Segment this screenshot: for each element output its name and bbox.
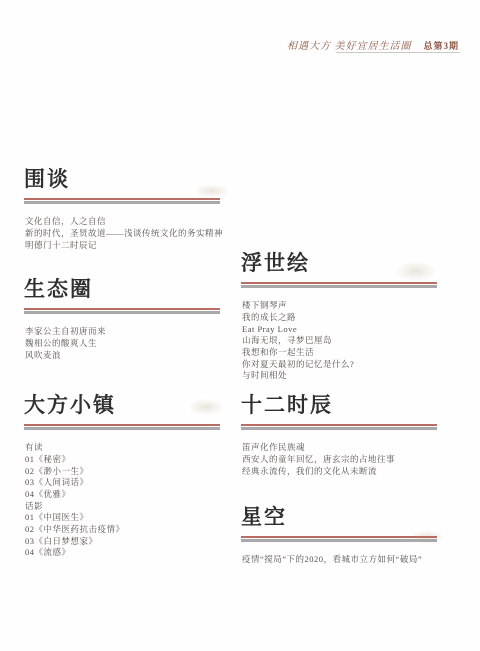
toc-item[interactable]: 04《优雅》 — [25, 489, 220, 501]
toc-item[interactable]: 01《中国医生》 — [25, 512, 220, 524]
masthead-underline — [336, 52, 460, 53]
toc-item[interactable]: 经典永流传，我们的文化从未断流 — [242, 466, 437, 478]
toc-item[interactable]: 03《人间词话》 — [25, 477, 220, 489]
section-rule — [241, 282, 437, 288]
section-title: 生态圈 — [24, 278, 220, 301]
toc-list: 有读 01《秘密》 02《渺小一生》 03《人间词话》 04《优雅》 话影 01… — [25, 442, 220, 559]
section-title: 浮世绘 — [241, 252, 437, 275]
section-rule — [24, 424, 220, 430]
toc-item[interactable]: 山海无垠，寻梦巴厘岛 — [242, 335, 437, 347]
section-title: 十二时辰 — [241, 394, 437, 417]
section-title: 围谈 — [24, 168, 220, 191]
toc-item[interactable]: 魏相公的酸爽人生 — [25, 338, 220, 350]
section-title: 大方小镇 — [24, 394, 220, 417]
section-rule — [241, 536, 437, 542]
section-weitan: 围谈 文化自信，人之自信 新的时代，圣贤故道——浅谈传统文化的务实精神 明德门十… — [24, 168, 220, 251]
toc-item[interactable]: 笛声化作民族魂 — [242, 442, 437, 454]
toc-item[interactable]: 新的时代，圣贤故道——浅谈传统文化的务实精神 — [25, 228, 220, 240]
toc-item[interactable]: 我想和你一起生活 — [242, 347, 437, 359]
section-shengtaiquan: 生态圈 李家公主自初唐而来 魏相公的酸爽人生 风吹麦浪 — [24, 278, 220, 361]
toc-item[interactable]: Eat Pray Love — [242, 324, 437, 336]
toc-list: 楼下钢琴声 我的成长之路 Eat Pray Love 山海无垠，寻梦巴厘岛 我想… — [242, 300, 437, 382]
toc-subheading: 话影 — [25, 501, 220, 513]
section-dafang-xiaozhen: 大方小镇 有读 01《秘密》 02《渺小一生》 03《人间词话》 04《优雅》 … — [24, 394, 220, 559]
toc-item[interactable]: 风吹麦浪 — [25, 350, 220, 362]
toc-item[interactable]: 02《渺小一生》 — [25, 466, 220, 478]
toc-item[interactable]: 明德门十二时辰记 — [25, 240, 220, 252]
toc-item[interactable]: 01《秘密》 — [25, 454, 220, 466]
toc-list: 疫情“搅局”下的2020，看城市立方如何“破局” — [242, 554, 437, 566]
section-title: 星空 — [241, 506, 437, 529]
toc-item[interactable]: 与时间相处 — [242, 370, 437, 382]
toc-list: 笛声化作民族魂 西安人的童年回忆，唐玄宗的占地往事 经典永流传，我们的文化从未断… — [242, 442, 437, 477]
toc-item[interactable]: 你对夏天最初的记忆是什么? — [242, 359, 437, 371]
section-rule — [241, 424, 437, 430]
section-rule — [24, 308, 220, 314]
section-xingkong: 星空 疫情“搅局”下的2020，看城市立方如何“破局” — [241, 506, 437, 566]
issue-number: 总第3期 — [423, 41, 459, 51]
toc-subheading: 有读 — [25, 442, 220, 454]
toc-item[interactable]: 楼下钢琴声 — [242, 300, 437, 312]
magazine-toc-page: 相遇大方 美好宜居生活圈总第3期 围谈 文化自信，人之自信 新的时代，圣贤故道—… — [0, 0, 480, 651]
toc-item[interactable]: 我的成长之路 — [242, 312, 437, 324]
toc-item[interactable]: 疫情“搅局”下的2020，看城市立方如何“破局” — [242, 554, 437, 566]
toc-item[interactable]: 西安人的童年回忆，唐玄宗的占地往事 — [242, 454, 437, 466]
section-rule — [24, 198, 220, 204]
section-fushihui: 浮世绘 楼下钢琴声 我的成长之路 Eat Pray Love 山海无垠，寻梦巴厘… — [241, 252, 437, 382]
masthead-slogan: 相遇大方 美好宜居生活圈 — [287, 41, 412, 52]
toc-item[interactable]: 02《中华医药抗击疫情》 — [25, 524, 220, 536]
toc-list: 李家公主自初唐而来 魏相公的酸爽人生 风吹麦浪 — [25, 326, 220, 361]
toc-item[interactable]: 文化自信，人之自信 — [25, 216, 220, 228]
section-shiershichen: 十二时辰 笛声化作民族魂 西安人的童年回忆，唐玄宗的占地往事 经典永流传，我们的… — [241, 394, 437, 477]
toc-list: 文化自信，人之自信 新的时代，圣贤故道——浅谈传统文化的务实精神 明德门十二时辰… — [25, 216, 220, 251]
toc-item[interactable]: 李家公主自初唐而来 — [25, 326, 220, 338]
toc-item[interactable]: 03《白日梦想家》 — [25, 536, 220, 548]
toc-item[interactable]: 04《流感》 — [25, 547, 220, 559]
